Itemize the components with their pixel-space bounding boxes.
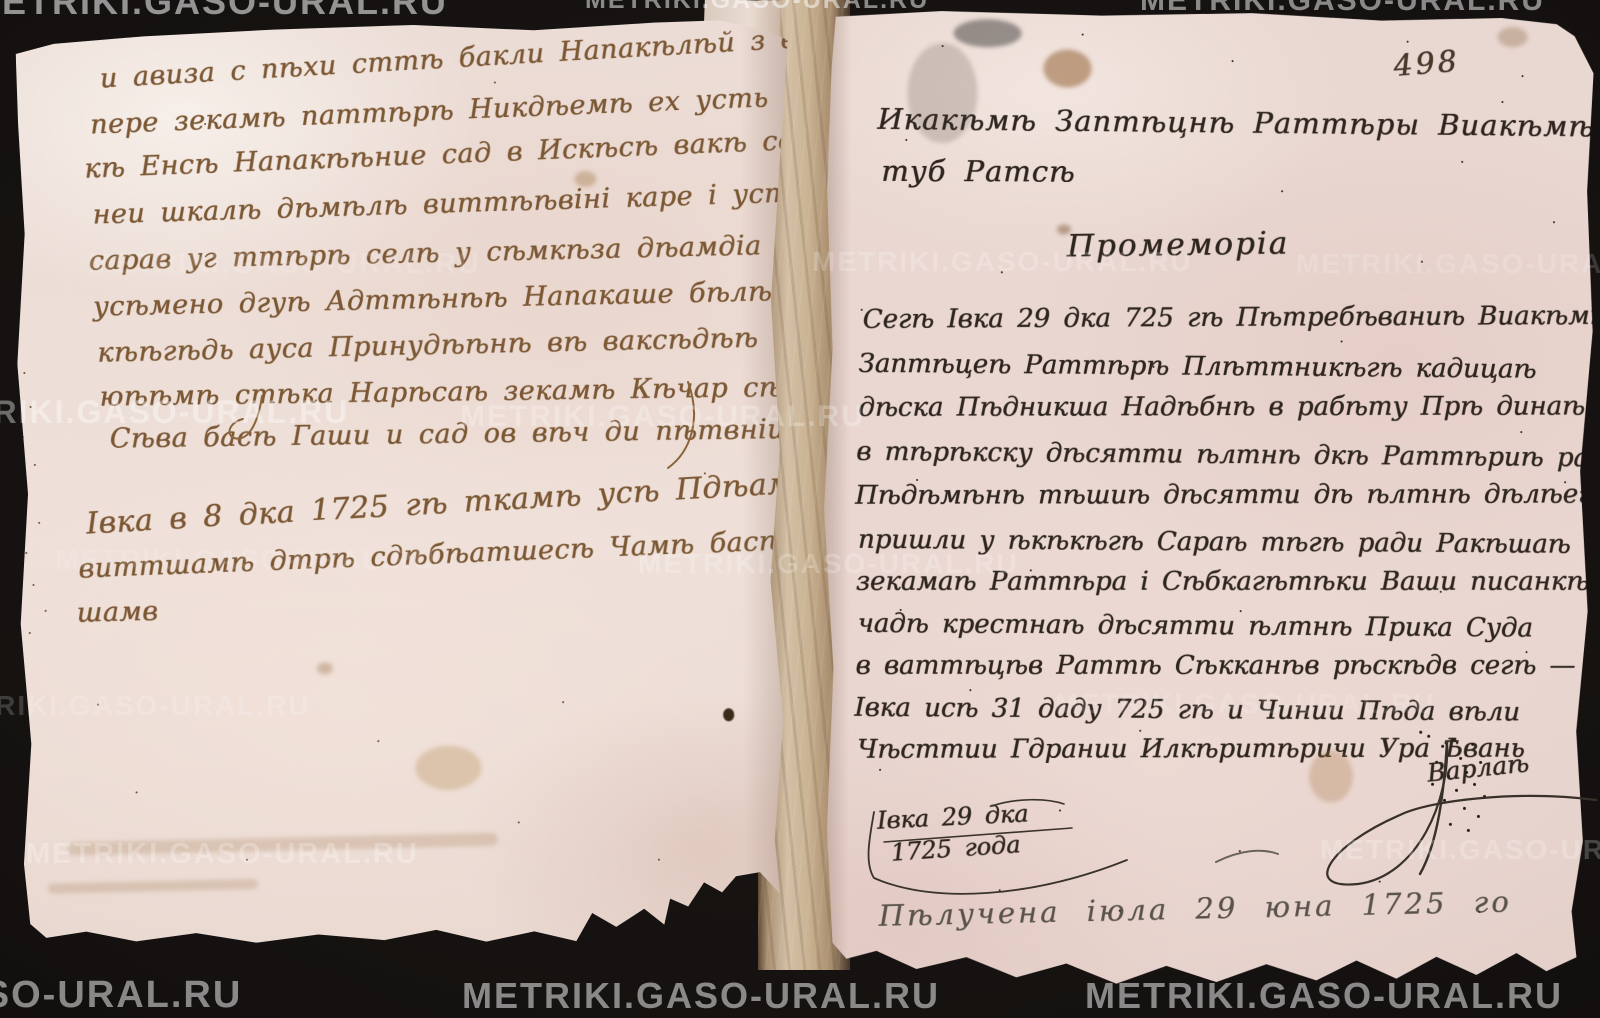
document-heading-line: Икакѣмѣ Заптѣцнѣ Раттѣры Виакѣмѣтѣ Зѣѣв: [877, 105, 1600, 143]
manuscript-line: шамв: [76, 598, 158, 627]
archive-watermark: METRIKI.GASO-URAL.RU: [1085, 978, 1563, 1014]
received-note: Пѣлучена іюла 29 юна 1725 го: [878, 887, 1512, 930]
manuscript-line: Чѣсттии Гдрании Илкѣритѣричи Ура Ѣвань: [857, 736, 1525, 763]
manuscript-line: Сегѣ Івка 29 дка 725 гѣ Пѣтребѣваниѣ Виа…: [863, 303, 1600, 333]
archive-watermark: METRIKI.GASO-URAL.RU: [0, 976, 242, 1014]
manuscript-line: Івка исѣ 31 даду 725 гѣ и Чинии Пѣда вѣл…: [854, 695, 1520, 726]
paper-stain: [1309, 750, 1353, 802]
paper-stain: [1498, 27, 1528, 47]
paper-specks: [14, 24, 16, 26]
paper-stain: [317, 662, 333, 674]
archive-watermark: METRIKI.GASO-URAL.RU: [1140, 0, 1545, 16]
page-number: 498: [1392, 47, 1461, 82]
manuscript-line: в тѣрѣкску дѣсятти ѣлтнѣ дкѣ Раттѣриѣ ра…: [856, 439, 1600, 472]
paper-stain: [954, 19, 1022, 47]
manuscript-line: пере зекамѣ паттѣрѣ Никдѣемѣ ех усть і в…: [90, 80, 867, 138]
manuscript-line: зекамаѣ Раттѣра і Сѣбкагѣтѣки Ваши писан…: [856, 569, 1600, 595]
manuscript-line: юѣѣмѣ стѣка Нарѣсаѣ зекамѣ Кѣчар сѣрѣѣвѣ: [99, 373, 890, 411]
date-line: 1725 года: [890, 832, 1021, 865]
manuscript-line: и авиза с пѣхи сттѣ бакли Напакѣлѣй з вв…: [99, 21, 881, 93]
manuscript-line: пришли у ѣкѣкѣгѣ Сараѣ тѣгѣ ради Ракѣшаѣ: [858, 527, 1571, 558]
paper-stain: [1057, 224, 1071, 234]
archive-watermark: METRIKI.GASO-URAL.RU: [0, 0, 448, 20]
date-line: Івка 29 дка: [876, 801, 1029, 832]
manuscript-line: кѣѣгѣдь ауса Принудѣѣнѣ вѣ ваксѣдѣѣ шѣ: [97, 323, 824, 366]
paper-stain: [415, 746, 481, 790]
paper-stain: [1043, 49, 1091, 87]
ink-bleed-through: [68, 833, 498, 856]
paper-stain: [574, 171, 596, 187]
ink-bleed-through: [48, 879, 258, 894]
manuscript-line: Пѣдѣмѣнѣ тѣшиѣ дѣсятти дѣ ѣлтнѣ дѣлѣегѣ: [855, 481, 1600, 508]
left-page: и авиза с пѣхи сттѣ бакли Напакѣлѣй з вв…: [14, 20, 793, 960]
manuscript-line: Заптѣцеѣ Раттѣрѣ Плѣттникѣгѣ кадицаѣ: [858, 351, 1536, 383]
manuscript-line: чадѣ крестнаѣ дѣсятти ѣлтнѣ Прика Суда: [858, 611, 1533, 642]
manuscript-line: усѣмено дгуѣ Адттѣнѣѣ Напакаше бѣлѣсмав …: [93, 276, 874, 321]
manuscript-line: дѣска Пѣдникша Надѣбнѣ в рабѣту Прѣ дина…: [858, 394, 1585, 421]
right-page: 498 Икакѣмѣ Заптѣцнѣ Раттѣры Виакѣмѣтѣ З…: [818, 9, 1593, 1012]
manuscript-line: неи шкалѣ дѣмѣлѣ виттѣѣвіні каре і усткѣ…: [92, 176, 894, 228]
ink-spatter: [1419, 731, 1422, 734]
document-title: Промеморіа: [1067, 228, 1290, 262]
ink-blot: [723, 708, 734, 721]
manuscript-line: в ваттѣцѣв Раттѣ Сѣкканѣв рѣскѣдв сегѣ —: [855, 653, 1575, 679]
document-heading-line: туб Ратсѣ: [881, 157, 1075, 187]
archive-watermark: METRIKI.GASO-URAL.RU: [462, 978, 940, 1014]
paper-stain: [907, 43, 977, 143]
manuscript-line: Сѣва басѣ Гаши и сад ов вѣч ди пѣтвніи: [110, 416, 786, 452]
